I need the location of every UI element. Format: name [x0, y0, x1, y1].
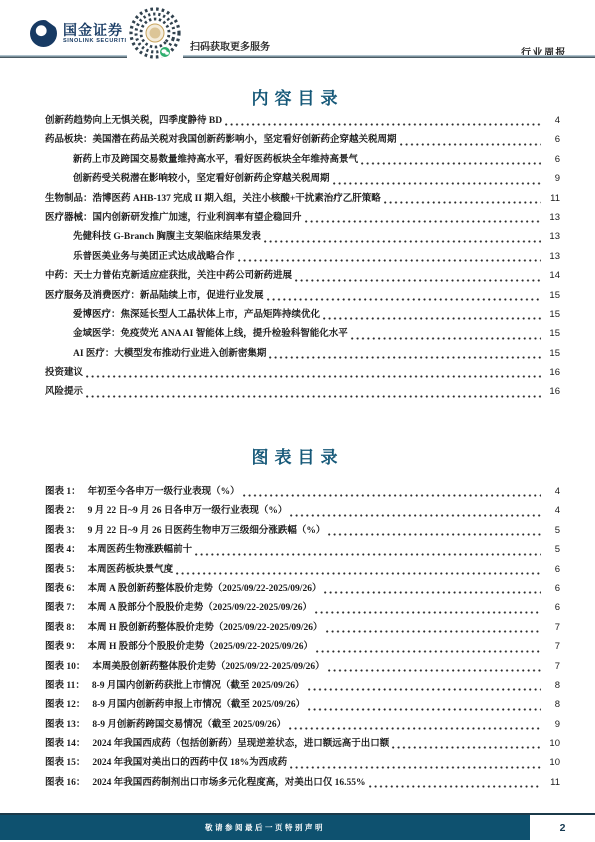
toc-leader-dots: [195, 553, 541, 556]
toc-entry-text: 先健科技 G-Branch 胸腹主支架临床结果发表: [73, 228, 261, 247]
figure-entry-page: 7: [544, 618, 560, 637]
figure-entry-label: 图表 8：: [45, 619, 81, 638]
figure-toc-entry[interactable]: 图表 16： 2024 年我国西药制剂出口市场多元化程度高，对美出口仅 16.5…: [45, 773, 560, 792]
figure-entry-text: 本周美股创新药整体股价走势（2025/09/22-2025/09/26）: [92, 658, 324, 677]
page-number-value: 2: [560, 822, 566, 834]
figure-toc-entry[interactable]: 图表 12： 8-9 月国内创新药申报上市情况（截至 2025/09/26） 8: [45, 695, 560, 714]
toc-entry[interactable]: 医疗服务及消费医疗：新品陆续上市，促进行业发展 15: [45, 286, 560, 305]
toc-leader-dots: [328, 669, 541, 672]
toc-leader-dots: [269, 356, 541, 359]
figure-entry-label: 图表 16：: [45, 774, 85, 793]
toc-entry[interactable]: 投资建议 16: [45, 363, 560, 382]
toc-leader-dots: [243, 494, 541, 497]
figure-toc-list: 图表 1： 年初至今各申万一级行业表现（%） 4 图表 2： 9 月 22 日~…: [45, 482, 560, 792]
toc-entry-text: 医疗器械：国内创新研发推广加速，行业利润率有望企稳回升: [45, 209, 302, 228]
figure-entry-label: 图表 15：: [45, 754, 85, 773]
page-footer: 敬请参阅最后一页特别声明 2: [0, 813, 595, 840]
figure-entry-label: 图表 10：: [45, 658, 85, 677]
toc-leader-dots: [290, 766, 541, 769]
toc-entry-page: 15: [544, 286, 560, 305]
sinolink-logo: 国金证券 SINOLINK SECURITIES: [30, 20, 135, 47]
figure-entry-page: 7: [544, 637, 560, 656]
toc-leader-dots: [392, 746, 541, 749]
report-page: 国金证券 SINOLINK SECURITIES 扫码获取更多服务 行业周报 内…: [0, 0, 595, 842]
toc-entry[interactable]: 乐普医美业务与美团正式达成战略合作 13: [45, 247, 560, 266]
toc-entry-page: 13: [544, 247, 560, 266]
toc-leader-dots: [305, 220, 541, 223]
toc-entry[interactable]: 中药：天士力普佑克新适应症获批，关注中药公司新药进展 14: [45, 266, 560, 285]
figure-entry-page: 10: [544, 753, 560, 772]
figure-entry-page: 8: [544, 695, 560, 714]
toc-entry-page: 11: [544, 189, 560, 208]
figure-toc-entry[interactable]: 图表 5： 本周医药板块景气度 6: [45, 560, 560, 579]
content-toc-list: 创新药趋势向上无惧关税，四季度静待 BD 4 药品板块：美国潜在药品关税对我国创…: [45, 111, 560, 402]
toc-entry[interactable]: 金域医学：免疫荧光 ANA AI 智能体上线，提升检验科智能化水平 15: [45, 324, 560, 343]
toc-entry-text: 药品板块：美国潜在药品关税对我国创新药影响小，坚定看好创新药企穿越关税周期: [45, 131, 397, 150]
figure-entry-label: 图表 1：: [45, 483, 81, 502]
figure-entry-page: 6: [544, 560, 560, 579]
toc-entry-page: 13: [544, 208, 560, 227]
figure-toc-entry[interactable]: 图表 15： 2024 年我国对美出口的西药中仅 18%为西成药 10: [45, 753, 560, 772]
logo-text-block: 国金证券 SINOLINK SECURITIES: [63, 23, 135, 45]
figure-entry-label: 图表 6：: [45, 580, 81, 599]
footer-disclaimer-bar: 敬请参阅最后一页特别声明: [0, 815, 530, 840]
figure-toc-entry[interactable]: 图表 8： 本周 H 股创新药整体股价走势（2025/09/22-2025/09…: [45, 618, 560, 637]
toc-entry-text: 乐普医美业务与美团正式达成战略合作: [73, 248, 235, 267]
toc-entry-text: 爱博医疗：焦深延长型人工晶状体上市，产品矩阵持续优化: [73, 306, 320, 325]
toc-entry-text: 投资建议: [45, 364, 83, 383]
figure-entry-page: 6: [544, 598, 560, 617]
sinolink-logo-icon: [30, 20, 57, 47]
figure-entry-text: 本周 H 股部分个股股价走势（2025/09/22-2025/09/26）: [88, 638, 313, 657]
toc-entry[interactable]: 风险提示 16: [45, 382, 560, 401]
figure-entry-text: 2024 年我国对美出口的西药中仅 18%为西成药: [92, 754, 287, 773]
toc-entry[interactable]: 爱博医疗：焦深延长型人工晶状体上市，产品矩阵持续优化 15: [45, 305, 560, 324]
figure-entry-page: 4: [544, 482, 560, 501]
figure-entry-text: 9 月 22 日~9 月 26 日各申万一级行业表现（%）: [88, 502, 288, 521]
figure-toc-entry[interactable]: 图表 13： 8-9 月创新药跨国交易情况（截至 2025/09/26） 9: [45, 715, 560, 734]
toc-entry-text: 医疗服务及消费医疗：新品陆续上市，促进行业发展: [45, 287, 264, 306]
toc-leader-dots: [290, 514, 541, 517]
toc-entry[interactable]: AI 医疗：大模型发布推动行业进入创新密集期 15: [45, 344, 560, 363]
toc-entry-text: 新药上市及跨国交易数量维持高水平，看好医药板块全年维持高景气: [73, 151, 358, 170]
figure-entry-text: 8-9 月创新药跨国交易情况（截至 2025/09/26）: [92, 716, 286, 735]
toc-leader-dots: [295, 279, 541, 282]
footer-disclaimer-text: 敬请参阅最后一页特别声明: [205, 822, 325, 833]
toc-entry-page: 15: [544, 324, 560, 343]
figure-entry-page: 11: [544, 773, 560, 792]
figure-entry-label: 图表 9：: [45, 638, 81, 657]
toc-leader-dots: [176, 572, 541, 575]
toc-entry-page: 9: [544, 169, 560, 188]
figure-entry-text: 9 月 22 日~9 月 26 日医药生物申万三级细分涨跌幅（%）: [88, 522, 326, 541]
toc-leader-dots: [264, 240, 541, 243]
logo-title: 国金证券: [63, 23, 135, 38]
footer-page-number: 2: [530, 815, 595, 840]
figure-entry-page: 10: [544, 734, 560, 753]
toc-leader-dots: [328, 533, 541, 536]
toc-leader-dots: [361, 162, 541, 165]
figure-entry-label: 图表 5：: [45, 561, 81, 580]
figure-entry-label: 图表 14：: [45, 735, 85, 754]
toc-entry-page: 16: [544, 382, 560, 401]
toc-leader-dots: [289, 727, 541, 730]
toc-leader-dots: [308, 688, 541, 691]
toc-leader-dots: [324, 591, 541, 594]
figure-entry-label: 图表 2：: [45, 502, 81, 521]
figure-toc-entry[interactable]: 图表 7： 本周 A 股部分个股股价走势（2025/09/22-2025/09/…: [45, 598, 560, 617]
toc-entry-text: 金域医学：免疫荧光 ANA AI 智能体上线，提升检验科智能化水平: [73, 325, 348, 344]
figure-entry-label: 图表 12：: [45, 696, 85, 715]
toc-leader-dots: [351, 337, 541, 340]
toc-entry-text: 风险提示: [45, 383, 83, 402]
toc-entry[interactable]: 先健科技 G-Branch 胸腹主支架临床结果发表 13: [45, 227, 560, 246]
logo-subtitle: SINOLINK SECURITIES: [63, 38, 135, 45]
figure-entry-page: 4: [544, 501, 560, 520]
figure-toc-title: 图表目录: [0, 443, 595, 468]
toc-leader-dots: [225, 123, 541, 126]
toc-leader-dots: [308, 708, 541, 711]
toc-leader-dots: [315, 611, 541, 614]
figure-toc-entry[interactable]: 图表 9： 本周 H 股部分个股股价走势（2025/09/22-2025/09/…: [45, 637, 560, 656]
toc-leader-dots: [86, 395, 541, 398]
figure-entry-label: 图表 3：: [45, 522, 81, 541]
figure-toc-entry[interactable]: 图表 6： 本周 A 股创新药整体股价走势（2025/09/22-2025/09…: [45, 579, 560, 598]
toc-entry-text: 创新药受关税潜在影响较小，坚定看好创新药企穿越关税周期: [73, 170, 330, 189]
toc-entry[interactable]: 创新药受关税潜在影响较小，坚定看好创新药企穿越关税周期 9: [45, 169, 560, 188]
figure-entry-text: 本周医药板块景气度: [88, 561, 174, 580]
figure-toc-entry[interactable]: 图表 2： 9 月 22 日~9 月 26 日各申万一级行业表现（%） 4: [45, 501, 560, 520]
toc-entry-page: 14: [544, 266, 560, 285]
toc-leader-dots: [323, 317, 541, 320]
toc-leader-dots: [400, 143, 541, 146]
figure-entry-page: 5: [544, 521, 560, 540]
qr-code-icon: [127, 5, 183, 61]
figure-entry-text: 8-9 月国内创新药申报上市情况（截至 2025/09/26）: [92, 696, 305, 715]
figure-entry-text: 2024 年我国西成药（包括创新药）呈现逆差状态，进口额远高于出口额: [92, 735, 389, 754]
toc-leader-dots: [369, 785, 541, 788]
figure-entry-label: 图表 4：: [45, 541, 81, 560]
figure-entry-label: 图表 7：: [45, 599, 81, 618]
figure-entry-text: 年初至今各申万一级行业表现（%）: [88, 483, 240, 502]
figure-entry-page: 7: [544, 657, 560, 676]
figure-entry-text: 本周 A 股创新药整体股价走势（2025/09/22-2025/09/26）: [88, 580, 322, 599]
header-divider: [0, 55, 595, 58]
figure-toc-entry[interactable]: 图表 1： 年初至今各申万一级行业表现（%） 4: [45, 482, 560, 501]
toc-entry-page: 6: [544, 150, 560, 169]
qr-caption: 扫码获取更多服务: [190, 38, 270, 53]
toc-leader-dots: [267, 298, 541, 301]
toc-entry[interactable]: 新药上市及跨国交易数量维持高水平，看好医药板块全年维持高景气 6: [45, 150, 560, 169]
toc-entry[interactable]: 生物制品：浩博医药 AHB-137 完成 II 期入组，关注小核酸+干扰素治疗乙…: [45, 189, 560, 208]
toc-entry-text: 中药：天士力普佑克新适应症获批，关注中药公司新药进展: [45, 267, 292, 286]
figure-entry-text: 8-9 月国内创新药获批上市情况（截至 2025/09/26）: [92, 677, 305, 696]
figure-entry-text: 本周医药生物涨跌幅前十: [88, 541, 193, 560]
toc-entry-page: 15: [544, 344, 560, 363]
toc-entry[interactable]: 医疗器械：国内创新研发推广加速，行业利润率有望企稳回升 13: [45, 208, 560, 227]
figure-entry-page: 5: [544, 540, 560, 559]
toc-entry-page: 4: [544, 111, 560, 130]
toc-leader-dots: [384, 201, 541, 204]
toc-leader-dots: [86, 375, 541, 378]
figure-entry-label: 图表 13：: [45, 716, 85, 735]
figure-toc-entry[interactable]: 图表 3： 9 月 22 日~9 月 26 日医药生物申万三级细分涨跌幅（%） …: [45, 521, 560, 540]
figure-entry-text: 2024 年我国西药制剂出口市场多元化程度高，对美出口仅 16.55%: [92, 774, 365, 793]
toc-leader-dots: [238, 259, 541, 262]
figure-entry-page: 9: [544, 715, 560, 734]
toc-entry-page: 6: [544, 130, 560, 149]
figure-entry-page: 6: [544, 579, 560, 598]
toc-leader-dots: [316, 650, 541, 653]
toc-entry-page: 15: [544, 305, 560, 324]
toc-leader-dots: [326, 630, 541, 633]
content-toc-title: 内容目录: [0, 84, 595, 109]
toc-entry-text: 生物制品：浩博医药 AHB-137 完成 II 期入组，关注小核酸+干扰素治疗乙…: [45, 190, 381, 209]
figure-entry-text: 本周 A 股部分个股股价走势（2025/09/22-2025/09/26）: [88, 599, 312, 618]
toc-entry-text: 创新药趋势向上无惧关税，四季度静待 BD: [45, 112, 222, 131]
figure-entry-label: 图表 11：: [45, 677, 85, 696]
figure-toc-entry[interactable]: 图表 4： 本周医药生物涨跌幅前十 5: [45, 540, 560, 559]
toc-entry-text: AI 医疗：大模型发布推动行业进入创新密集期: [73, 345, 266, 364]
toc-entry-page: 16: [544, 363, 560, 382]
figure-toc-entry[interactable]: 图表 11： 8-9 月国内创新药获批上市情况（截至 2025/09/26） 8: [45, 676, 560, 695]
figure-toc-entry[interactable]: 图表 10： 本周美股创新药整体股价走势（2025/09/22-2025/09/…: [45, 657, 560, 676]
figure-toc-entry[interactable]: 图表 14： 2024 年我国西成药（包括创新药）呈现逆差状态，进口额远高于出口…: [45, 734, 560, 753]
toc-leader-dots: [333, 182, 541, 185]
toc-entry-page: 13: [544, 227, 560, 246]
figure-entry-page: 8: [544, 676, 560, 695]
toc-entry[interactable]: 创新药趋势向上无惧关税，四季度静待 BD 4: [45, 111, 560, 130]
toc-entry[interactable]: 药品板块：美国潜在药品关税对我国创新药影响小，坚定看好创新药企穿越关税周期 6: [45, 130, 560, 149]
figure-entry-text: 本周 H 股创新药整体股价走势（2025/09/22-2025/09/26）: [88, 619, 323, 638]
